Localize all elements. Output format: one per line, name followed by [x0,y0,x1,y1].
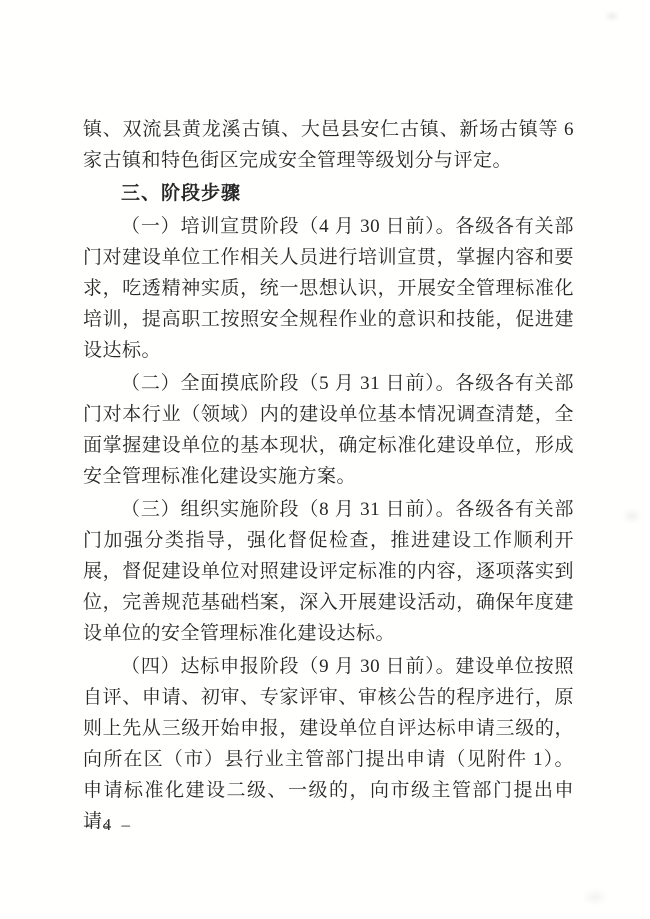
section-heading: 三、阶段步骤 [83,178,574,209]
page-body-text: 镇、双流县黄龙溪古镇、大邑县安仁古镇、新场古镇等 6 家古镇和特色街区完成安全管… [83,114,574,839]
paragraph-stage-4-application: （四）达标申报阶段（9 月 30 日前）。建设单位按照自评、申请、初审、专家评审… [83,651,574,837]
paragraph-stage-1-training: （一）培训宣贯阶段（4 月 30 日前）。各级各有关部门对建设单位工作相关人员进… [83,211,574,366]
scan-smudge-bottom [582,888,608,906]
document-page: 镇、双流县黄龙溪古镇、大邑县安仁古镇、新场古镇等 6 家古镇和特色街区完成安全管… [0,0,650,919]
continuation-paragraph: 镇、双流县黄龙溪古镇、大邑县安仁古镇、新场古镇等 6 家古镇和特色街区完成安全管… [83,114,574,176]
scan-smudge-top-right [604,10,620,22]
page-number: – 4 – [84,812,133,838]
scan-smudge-right-middle [622,508,642,524]
paragraph-stage-2-survey: （二）全面摸底阶段（5 月 31 日前）。各级各有关部门对本行业（领域）内的建设… [83,368,574,492]
paragraph-stage-3-implementation: （三）组织实施阶段（8 月 31 日前）。各级各有关部门加强分类指导，强化督促检… [83,494,574,649]
